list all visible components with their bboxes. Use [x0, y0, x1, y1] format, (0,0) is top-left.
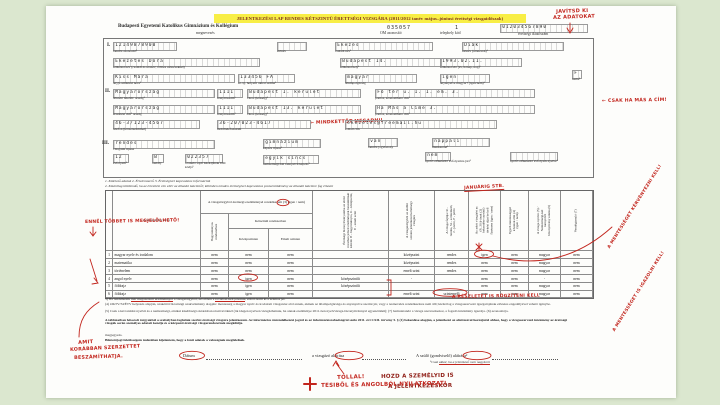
- red-annotation: HOZD A SZEMÉLYID IS: [381, 373, 454, 380]
- field-label: tanulói jogviszony: [368, 146, 430, 150]
- row4-count: középszintűt: [313, 275, 389, 283]
- field-label: születési idő (év, hónap, nap)¹: [440, 66, 554, 70]
- signature-dotted-line: [492, 355, 558, 360]
- section-numeral: I.: [107, 43, 110, 48]
- row3-guest: nem: [561, 267, 593, 275]
- row4-exempt: nem: [501, 275, 529, 283]
- truth-declaration: Büntetőjogi felelősségem tudatában kijel…: [105, 339, 579, 343]
- registry-number-value: 012034567890: [502, 25, 547, 32]
- row2-trad: nem: [201, 259, 229, 267]
- row2-kind: rendes: [435, 259, 469, 267]
- field-label: családi név¹: [335, 50, 465, 54]
- count-in-certificate-header: Érettségi bizonyítványomba az előző rova…: [313, 191, 389, 251]
- row3-kind: rendes: [435, 267, 469, 275]
- field-label: telefon (körzetszámmal): [113, 128, 232, 132]
- row1-name: magyar nyelv és irodalom: [113, 251, 201, 259]
- row2-num: 2: [106, 259, 113, 267]
- form-title: JELENTKEZÉSI LAP RENDES KÉTSZINTŰ ÉRETTS…: [237, 16, 503, 21]
- row5-exempt: nem: [501, 283, 529, 291]
- row4-lang: -: [529, 275, 561, 283]
- footnote-4: (4) OKTV/SZÉTV helyezés alapján, szakért…: [105, 303, 575, 307]
- row4-num: 4: [106, 275, 113, 283]
- remark-line: megjegyzés.: [105, 334, 122, 338]
- row1-lang: magyar: [529, 251, 561, 259]
- parent-signature-label: A szülő (gondviselő) aláírása²: [416, 353, 467, 358]
- row1-trad: nem: [201, 251, 229, 259]
- field-label: utónév (utónevek)¹: [462, 50, 596, 54]
- has-result-group-header: A vizsgatárgyból érettségi eredménnyel r…: [201, 191, 313, 214]
- red-annotation: TOLLAL!: [337, 374, 365, 381]
- signature-dotted-line: [206, 355, 302, 360]
- scanned-form-slide: JELENTKEZÉSI LAP RENDES KÉTSZINTŰ ÉRETTS…: [0, 0, 720, 405]
- row1-high: nem: [269, 251, 313, 259]
- row3-fee: nem: [469, 267, 501, 275]
- row5-kind: [435, 283, 469, 291]
- row2-exempt: nem: [501, 259, 529, 267]
- field-label: neme¹: [572, 78, 632, 82]
- traditional-system-header: Hagyományos rendszerben: [201, 214, 229, 251]
- row3-count: [313, 267, 389, 275]
- field-label: város (község)¹: [247, 97, 393, 101]
- row2-high: nem: [269, 259, 313, 267]
- row5-guest: nem: [561, 283, 593, 291]
- red-underlined-phrase: már megszerzett eredménnyel: [131, 297, 173, 302]
- field-label: e-mail cím: [345, 128, 529, 132]
- row2-count: [313, 259, 389, 267]
- row5-fee: nem: [469, 283, 501, 291]
- footnote-line-2: 2. Kizárólag kitöltendő, ha az értesítés…: [105, 185, 585, 189]
- subjects-table: A vizsgatárgy neveA vizsgatárgyból érett…: [105, 190, 594, 299]
- field-label: pontos, azonosítható cím²: [375, 113, 567, 117]
- section-numeral: III.: [102, 141, 109, 146]
- guest-student-header: Vendégtanuló (7): [561, 191, 593, 251]
- row3-mid: nem: [229, 267, 269, 275]
- row5-trad: nem: [201, 283, 229, 291]
- row1-level: középszint: [389, 251, 435, 259]
- site-code-label: telephely kód: [440, 31, 461, 35]
- red-annotation: AMIT: [78, 339, 94, 346]
- row4-fee: nem: [469, 275, 501, 283]
- row4-trad: nem: [201, 275, 229, 283]
- row5-num: 5: [106, 283, 113, 291]
- field-label: nemzetiségi/két tannyelvű képzés¹: [263, 163, 321, 167]
- row5-lang: magyar: [529, 283, 561, 291]
- row4-mid: igen: [229, 275, 269, 283]
- exemption-header: Egyéb mentességgel kívánok élni (4) (ige…: [501, 191, 529, 251]
- minor-only-note: ²Csak akkor, ha a jelentkező nem nagykor…: [430, 361, 490, 365]
- row2-guest: nem: [561, 259, 593, 267]
- field-label: születési név (családi és utónév; többes…: [113, 66, 292, 70]
- exam-level-header: A vizsgatárgyból az alábbi szinten jelen…: [389, 191, 435, 251]
- section-numeral: II.: [105, 89, 110, 94]
- row1-mid: nem: [229, 251, 269, 259]
- row5-mid: igen: [229, 283, 269, 291]
- row3-lang: magyar: [529, 267, 561, 275]
- registry-number-label: érettségi iktatószám: [518, 32, 548, 36]
- row2-fee: nem: [469, 259, 501, 267]
- fee-header: Az adott vizsgáért az (R. 30.§-ának (2) …: [469, 191, 501, 251]
- row4-kind: [435, 275, 469, 283]
- field-label: mobiltelefonszám: [217, 128, 343, 132]
- row4-level: -: [389, 275, 435, 283]
- two-level-header: Kétszintű rendszerben: [229, 214, 313, 229]
- mid-level-header: Középszinten: [229, 229, 269, 251]
- exam-language-header: A vizsga nyelve (5) / Nemzetiségi-két ta…: [529, 191, 561, 251]
- field-label: előnév: [277, 50, 339, 54]
- row5-name: földrajz: [113, 283, 201, 291]
- row3-high: nem: [269, 267, 313, 275]
- field-label: nyelvi előkészítő évfolyam nyelve¹: [510, 160, 562, 164]
- row5-high: nem: [269, 283, 313, 291]
- field-label: pontos, azonosítható cím¹: [375, 97, 567, 101]
- signature-dotted-line: [362, 355, 406, 360]
- row1-num: 1: [106, 251, 113, 259]
- row3-num: 3: [106, 267, 113, 275]
- student-signature-label: a vizsgázó aláírása: [312, 353, 344, 358]
- exam-kind-header: A vizsga fajtája: R - rendes, Sz - szint…: [435, 191, 469, 251]
- field-label: képzés típusa¹: [263, 147, 353, 151]
- row1-exempt: nem: [501, 251, 529, 259]
- row5-count: középszintűt: [313, 283, 389, 291]
- field-label: munkarend¹: [432, 146, 522, 150]
- row3-level: emelt szint: [389, 267, 435, 275]
- row3-name: történelem: [113, 267, 201, 275]
- row2-name: matematika: [113, 259, 201, 267]
- high-level-header: Emelt szinten: [269, 229, 313, 251]
- row3-trad: nem: [201, 267, 229, 275]
- footnote-5: (5) Csak a két tanítási nyelvű és a nemz…: [105, 310, 575, 314]
- red-underlined-phrase: rovatban kell jeleznie: [215, 297, 245, 302]
- row1-count: [313, 251, 389, 259]
- row2-level: középszint: [389, 259, 435, 267]
- form-title-highlight: JELENTKEZÉSI LAP RENDES KÉTSZINTŰ ÉRETTS…: [214, 14, 526, 23]
- field-label: állampolgárság: [345, 82, 449, 86]
- row2-mid: nem: [229, 259, 269, 267]
- row4-high: nem: [269, 275, 313, 283]
- field-label: vizsgáim típusa: [113, 148, 247, 152]
- field-label: tanulói azonosító¹: [113, 50, 209, 54]
- row1-fee: igen: [469, 251, 501, 259]
- field-label: a tanuló saját iskolájának OM kódja¹: [185, 162, 227, 170]
- field-label: nyelvi előkészítő évfolyamra járt¹: [425, 160, 477, 164]
- row5-level: [389, 283, 435, 291]
- row4-guest: nem: [561, 275, 593, 283]
- field-label: sz. ig. helyetti okirat száma¹: [238, 82, 327, 86]
- field-label: anyanyelve magyar? (igen/nem)¹: [440, 82, 522, 86]
- row4-name: angol nyelv: [113, 275, 201, 283]
- row2-lang: magyar: [529, 259, 561, 267]
- school-name-sublabel: megnevezés: [196, 31, 215, 35]
- declaration-paragraph: A táblázatban felsorolt tárgyakból a sza…: [105, 319, 579, 327]
- row1-kind: rendes: [435, 251, 469, 259]
- school-name: Budapesti Egyetemi Katolikus Gimnázium é…: [118, 24, 238, 29]
- date-label: Dátum: [183, 353, 195, 358]
- om-id-label: OM azonosító: [380, 31, 402, 35]
- row1-guest: nem: [561, 251, 593, 259]
- row3-exempt: nem: [501, 267, 529, 275]
- field-label: város (község)²: [247, 113, 393, 117]
